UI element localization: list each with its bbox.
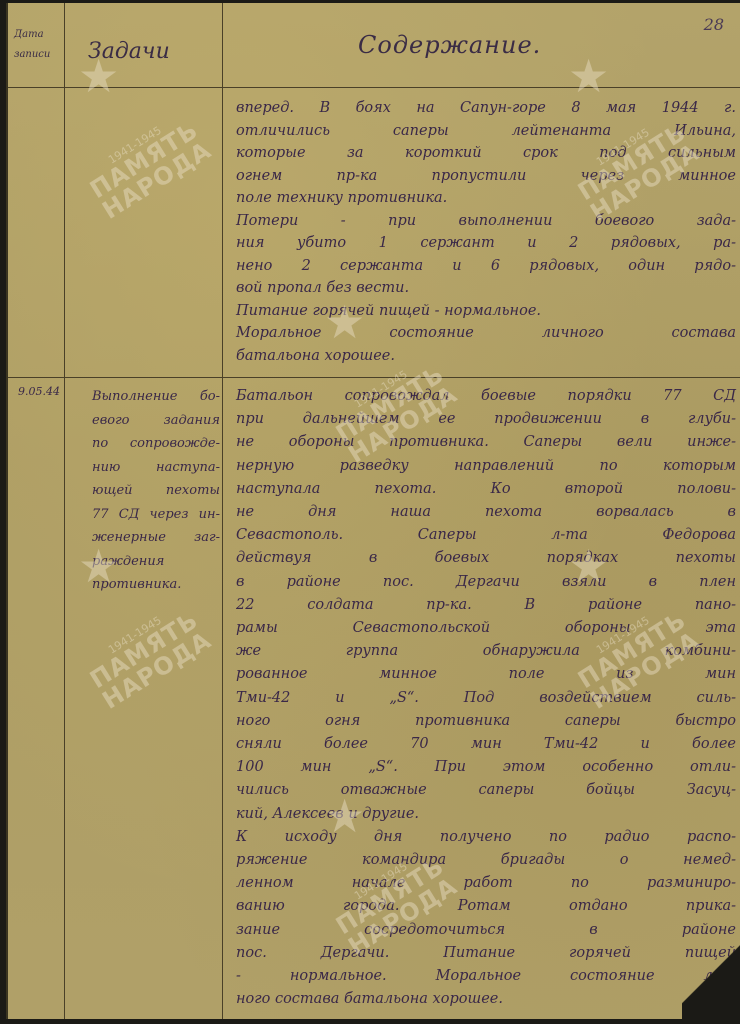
text-line: 100 мин „S“. При этом особенно отли- xyxy=(236,756,736,779)
text-line: в районе пос. Дергачи взяли в плен xyxy=(236,571,736,594)
text-line: ленном начале работ по разминиро- xyxy=(236,872,736,895)
text-line: ного огня противника саперы быстро xyxy=(236,710,736,733)
star-icon: ★ xyxy=(324,793,365,839)
column-divider-tasks xyxy=(222,3,223,1019)
text-line: ванию города. Ротам отдано прика- xyxy=(236,895,736,918)
text-line: вперед. В боях на Сапун-горе 8 мая 1944 … xyxy=(236,97,736,120)
header-date-line1: Дата xyxy=(14,29,44,40)
text-line: Потери - при выполнении боевого зада- xyxy=(236,210,736,233)
text-line: нено 2 сержанта и 6 рядовых, один рядо- xyxy=(236,255,736,278)
task-line: 77 СД через ин- xyxy=(92,503,220,527)
text-line: вой пропал без вести. xyxy=(236,277,736,300)
row-2-content: Батальон сопровождал боевые порядки 77 С… xyxy=(236,385,736,1011)
task-line: ющей пехоты xyxy=(92,479,220,503)
text-line: не дня наша пехота ворвалась в xyxy=(236,501,736,524)
text-line: Батальон сопровождал боевые порядки 77 С… xyxy=(236,385,736,408)
text-line: чились отважные саперы бойцы Засуц- xyxy=(236,779,736,802)
document-page: Дата записи Задачи Содержание. 28 вперед… xyxy=(6,3,740,1019)
text-line: кий, Алексеев и другие. xyxy=(236,803,736,826)
text-line: наступала пехота. Ко второй полови- xyxy=(236,478,736,501)
text-line: действуя в боевых порядках пехоты xyxy=(236,547,736,570)
row-1-content: вперед. В боях на Сапун-горе 8 мая 1944 … xyxy=(236,97,736,367)
watermark: 1941-1945 ПАМЯТЬ НАРОДА xyxy=(80,598,215,713)
star-icon: ★ xyxy=(78,53,119,99)
task-line: по сопровожде- xyxy=(92,432,220,456)
text-line: нерную разведку направлений по которым xyxy=(236,455,736,478)
header-date-line2: записи xyxy=(14,49,50,60)
text-line: же группа обнаружила комбини- xyxy=(236,640,736,663)
text-line: - нормальное. Моральное состояние лич- xyxy=(236,965,736,988)
star-icon: ★ xyxy=(568,543,609,589)
text-line: отличились саперы лейтенанта Ильина, xyxy=(236,120,736,143)
text-line: при дальнейшем ее продвижении в глуби- xyxy=(236,408,736,431)
text-line: Моральное состояние личного состава xyxy=(236,322,736,345)
text-line: Севастополь. Саперы л-та Федорова xyxy=(236,524,736,547)
task-line: Выполнение бо- xyxy=(92,385,220,409)
star-icon: ★ xyxy=(568,53,609,99)
text-line: батальона хорошее. xyxy=(236,345,736,368)
column-divider-date xyxy=(64,3,65,1019)
text-line: огнем пр-ка пропустили через минное xyxy=(236,165,736,188)
star-icon: ★ xyxy=(78,543,119,589)
text-line: рамы Севастопольской обороны эта xyxy=(236,617,736,640)
row-2-date: 9.05.44 xyxy=(18,385,60,398)
text-line: ния убито 1 сержант и 2 рядовых, ра- xyxy=(236,232,736,255)
text-line: Питание горячей пищей - нормальное. xyxy=(236,300,736,323)
text-line: Тми-42 и „S“. Под воздействием силь- xyxy=(236,687,736,710)
text-line: не обороны противника. Саперы вели инже- xyxy=(236,431,736,454)
text-line: зание сосредоточиться в районе xyxy=(236,919,736,942)
text-line: ного состава батальона хорошее. xyxy=(236,988,736,1011)
star-icon: ★ xyxy=(324,299,365,345)
task-line: евого задания xyxy=(92,409,220,433)
text-line: которые за короткий срок под сильным xyxy=(236,142,736,165)
task-line: нию наступа- xyxy=(92,456,220,480)
text-line: пос. Дергачи. Питание горячей пищей xyxy=(236,942,736,965)
header-date: Дата записи xyxy=(14,25,64,65)
text-line: поле технику противника. xyxy=(236,187,736,210)
row-divider xyxy=(8,377,740,378)
text-line: К исходу дня получено по радио распо- xyxy=(236,826,736,849)
text-line: сняли более 70 мин Тми-42 и более xyxy=(236,733,736,756)
header-content: Содержание. xyxy=(358,31,541,59)
text-line: рованное минное поле из мин xyxy=(236,663,736,686)
text-line: 22 солдата пр-ка. В районе пано- xyxy=(236,594,736,617)
text-line: ряжение командира бригады о немед- xyxy=(236,849,736,872)
watermark: 1941-1945 ПАМЯТЬ НАРОДА xyxy=(80,108,215,223)
folded-corner xyxy=(682,929,740,1019)
page-number: 28 xyxy=(704,15,724,34)
